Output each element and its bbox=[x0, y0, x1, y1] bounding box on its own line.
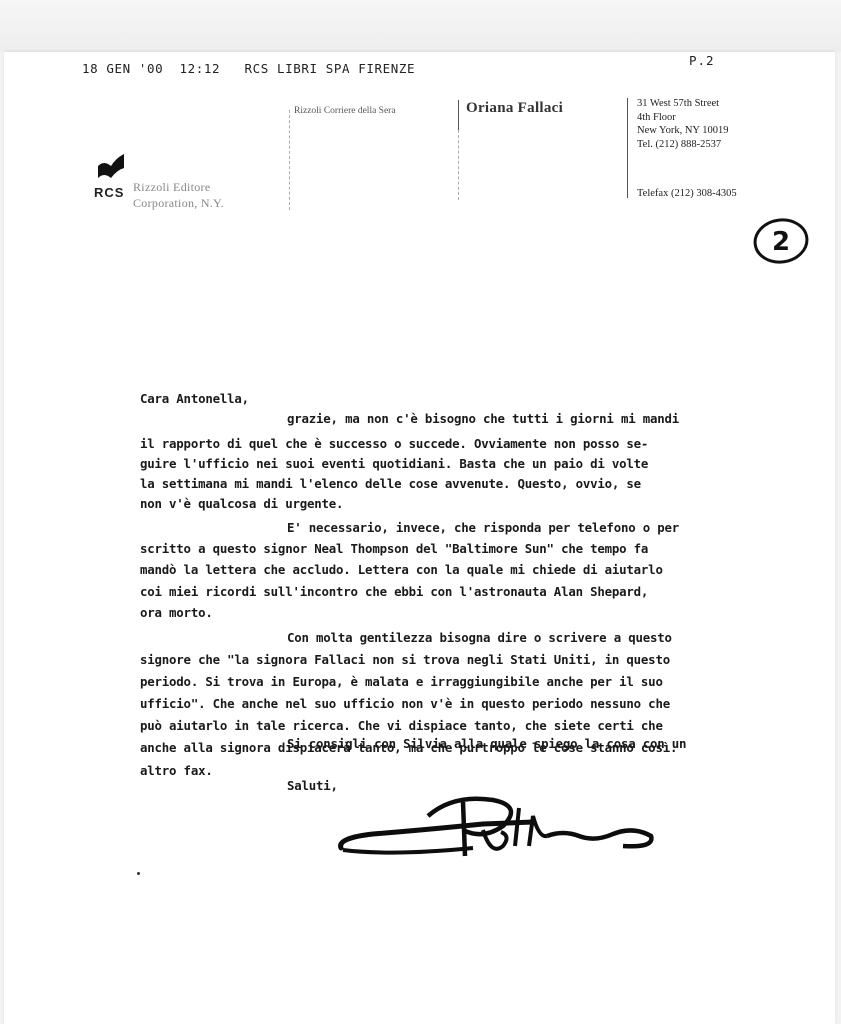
letter-line: la settimana mi mandi l'elenco delle cos… bbox=[140, 476, 641, 491]
letter-line: Si consigli con Silvia alla quale spiego… bbox=[287, 736, 686, 751]
letter-line: coi miei ricordi sull'incontro che ebbi … bbox=[140, 584, 648, 599]
address-block: 31 West 57th Street 4th Floor New York, … bbox=[637, 97, 729, 151]
address-telefax: Telefax (212) 308-4305 bbox=[637, 188, 737, 199]
letterhead-divider bbox=[627, 98, 628, 198]
address-floor: 4th Floor bbox=[637, 112, 676, 123]
letter-line: periodo. Si trova in Europa, è malata e … bbox=[140, 674, 663, 689]
letter-line: E' necessario, invece, che risponda per … bbox=[287, 520, 679, 535]
letter-line: altro fax. bbox=[140, 763, 213, 778]
address-city: New York, NY 10019 bbox=[637, 125, 729, 136]
closing: Saluti, bbox=[287, 778, 338, 793]
circled-number-annotation: 2 bbox=[752, 216, 810, 266]
handwritten-signature-icon bbox=[333, 786, 663, 866]
company-line-1: Rizzoli Editore bbox=[133, 180, 210, 194]
letter-line: mandò la lettera che accludo. Lettera co… bbox=[140, 562, 663, 577]
company-line-2: Corporation, N.Y. bbox=[133, 196, 224, 210]
svg-text:2: 2 bbox=[772, 227, 790, 257]
page-speck bbox=[137, 872, 140, 875]
address-tel: Tel. (212) 888-2537 bbox=[637, 139, 721, 150]
letterhead-divider bbox=[458, 100, 459, 130]
author-name: Oriana Fallaci bbox=[466, 100, 563, 117]
letter-line: grazie, ma non c'è bisogno che tutti i g… bbox=[287, 411, 679, 426]
rcs-logo: RCS bbox=[94, 152, 128, 202]
letter-line: Con molta gentilezza bisogna dire o scri… bbox=[287, 630, 672, 645]
viewer-top-band bbox=[0, 0, 841, 52]
division-name: Rizzoli Corriere della Sera bbox=[294, 106, 396, 116]
address-street: 31 West 57th Street bbox=[637, 98, 719, 109]
letter-line: signore che "la signora Fallaci non si t… bbox=[140, 652, 670, 667]
rcs-book-logo-icon bbox=[96, 152, 126, 182]
letter-line: il rapporto di quel che è successo o suc… bbox=[140, 436, 648, 451]
letterhead-divider bbox=[458, 130, 459, 200]
letter-line: può aiutarlo in tale ricerca. Che vi dis… bbox=[140, 718, 663, 733]
letter-line: guire l'ufficio nei suoi eventi quotidia… bbox=[140, 456, 648, 471]
fax-transmission-line: 18 GEN '00 12:12 RCS LIBRI SPA FIRENZE bbox=[82, 61, 415, 76]
page-number: P.2 bbox=[689, 53, 715, 68]
letter-line: non v'è qualcosa di urgente. bbox=[140, 496, 343, 511]
company-name: Rizzoli Editore Corporation, N.Y. bbox=[133, 179, 224, 211]
logo-abbrev: RCS bbox=[94, 185, 124, 200]
letter-line: scritto a questo signor Neal Thompson de… bbox=[140, 541, 648, 556]
salutation: Cara Antonella, bbox=[140, 391, 249, 406]
letterhead-divider bbox=[289, 110, 290, 210]
letter-line: ora morto. bbox=[140, 605, 213, 620]
letter-line: ufficio". Che anche nel suo ufficio non … bbox=[140, 696, 670, 711]
